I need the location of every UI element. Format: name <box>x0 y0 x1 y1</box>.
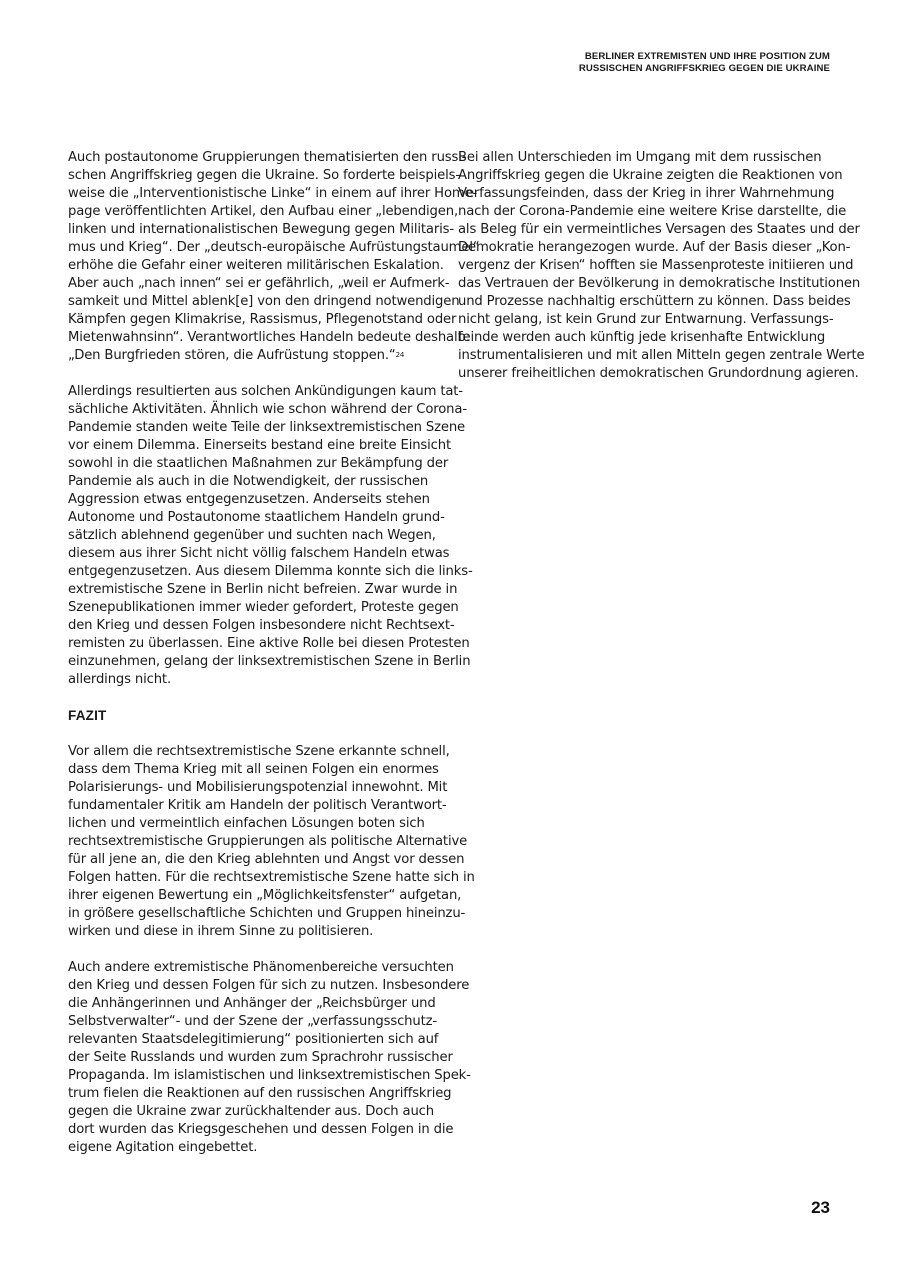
text-line: vor einem Dilemma. Einerseits bestand ei… <box>68 437 446 455</box>
text-line: das Vertrauen der Bevölkerung in demokra… <box>458 275 838 293</box>
paragraph-allerdings: Allerdings resultierten aus solchen Ankü… <box>68 383 446 689</box>
text-line: Aggression etwas entgegenzusetzen. Ander… <box>68 491 446 509</box>
running-header-line: BERLINER EXTREMISTEN UND IHRE POSITION Z… <box>579 51 830 63</box>
text-line: dort wurden das Kriegsgeschehen und dess… <box>68 1121 446 1139</box>
text-line: einzunehmen, gelang der linksextremistis… <box>68 653 446 671</box>
text-line: trum fielen die Reaktionen auf den russi… <box>68 1085 446 1103</box>
text-line: Angriffskrieg gegen die Ukraine zeigten … <box>458 167 838 185</box>
text-line: erhöhe die Gefahr einer weiteren militär… <box>68 257 446 275</box>
text-line: allerdings nicht. <box>68 671 446 689</box>
text-line: instrumentalisieren und mit allen Mittel… <box>458 347 838 365</box>
text-line: vergenz der Krisen“ hofften sie Massenpr… <box>458 257 838 275</box>
text-line: sätzlich ablehnend gegenüber und suchten… <box>68 527 446 545</box>
text-line: entgegenzusetzen. Aus diesem Dilemma kon… <box>68 563 446 581</box>
text-line: schen Angriffskrieg gegen die Ukraine. S… <box>68 167 446 185</box>
text-line-with-footnote: „Den Burgfrieden stören, die Aufrüstung … <box>68 347 446 365</box>
text-line: rechtsextremistische Gruppierungen als p… <box>68 833 446 851</box>
text-line: nicht gelang, ist kein Grund zur Entwarn… <box>458 311 838 329</box>
text-line: sächliche Aktivitäten. Ähnlich wie schon… <box>68 401 446 419</box>
text-line: Autonome und Postautonome staatlichem Ha… <box>68 509 446 527</box>
text-line: extremistische Szene in Berlin nicht bef… <box>68 581 446 599</box>
text-line: page veröffentlichten Artikel, den Aufba… <box>68 203 446 221</box>
paragraph-postautonome: Auch postautonome Gruppierungen thematis… <box>68 149 446 365</box>
text-line: Allerdings resultierten aus solchen Ankü… <box>68 383 446 401</box>
text-line: Vor allem die rechtsextremistische Szene… <box>68 743 446 761</box>
running-header-line: RUSSISCHEN ANGRIFFSKRIEG GEGEN DIE UKRAI… <box>579 63 830 75</box>
text-line: Pandemie als auch in die Notwendigkeit, … <box>68 473 446 491</box>
text-line: sowohl in die staatlichen Maßnahmen zur … <box>68 455 446 473</box>
text-line: dass dem Thema Krieg mit all seinen Folg… <box>68 761 446 779</box>
text-line: samkeit und Mittel ablenk[e] von den dri… <box>68 293 446 311</box>
footnote-reference[interactable]: 24 <box>396 351 405 359</box>
text-line: weise die „Interventionistische Linke“ i… <box>68 185 446 203</box>
text-line: Propaganda. Im islamistischen und linkse… <box>68 1067 446 1085</box>
text-line: diesem aus ihrer Sicht nicht völlig fals… <box>68 545 446 563</box>
paragraph-verfassungsfeinde: Bei allen Unterschieden im Umgang mit de… <box>458 149 838 383</box>
text-line: den Krieg und dessen Folgen für sich zu … <box>68 977 446 995</box>
text-line: Verfassungsfeinden, dass der Krieg in ih… <box>458 185 838 203</box>
text-line: Szenepublikationen immer wieder geforder… <box>68 599 446 617</box>
text-line: fundamentaler Kritik am Handeln der poli… <box>68 797 446 815</box>
text-line: die Anhängerinnen und Anhänger der „Reic… <box>68 995 446 1013</box>
text-line: Auch postautonome Gruppierungen thematis… <box>68 149 446 167</box>
text-line: unserer freiheitlichen demokratischen Gr… <box>458 365 838 383</box>
text-line: Polarisierungs- und Mobilisierungspotenz… <box>68 779 446 797</box>
running-header: BERLINER EXTREMISTEN UND IHRE POSITION Z… <box>579 51 830 75</box>
text-line: Folgen hatten. Für die rechtsextremistis… <box>68 869 446 887</box>
text-line: nach der Corona-Pandemie eine weitere Kr… <box>458 203 838 221</box>
text-line: Aber auch „nach innen“ sei er gefährlich… <box>68 275 446 293</box>
text-line: Mietenwahnsinn“. Verantwortliches Handel… <box>68 329 446 347</box>
text-line: in größere gesellschaftliche Schichten u… <box>68 905 446 923</box>
text-line: linken und internationalistischen Bewegu… <box>68 221 446 239</box>
text-line: relevanten Staatsdelegitimierung“ positi… <box>68 1031 446 1049</box>
text-line: feinde werden auch künftig jede krisenha… <box>458 329 838 347</box>
text-line: Kämpfen gegen Klimakrise, Rassismus, Pfl… <box>68 311 446 329</box>
page-number: 23 <box>811 1198 830 1218</box>
quote-text: „Den Burgfrieden stören, die Aufrüstung … <box>68 348 396 363</box>
text-line: gegen die Ukraine zwar zurückhaltender a… <box>68 1103 446 1121</box>
text-line: remisten zu überlassen. Eine aktive Roll… <box>68 635 446 653</box>
text-line: Bei allen Unterschieden im Umgang mit de… <box>458 149 838 167</box>
text-line: der Seite Russlands und wurden zum Sprac… <box>68 1049 446 1067</box>
text-line: als Beleg für ein vermeintliches Versage… <box>458 221 838 239</box>
text-line: lichen und vermeintlich einfachen Lösung… <box>68 815 446 833</box>
text-line: mus und Krieg“. Der „deutsch-europäische… <box>68 239 446 257</box>
text-line: ihrer eigenen Bewertung ein „Möglichkeit… <box>68 887 446 905</box>
left-column: Auch postautonome Gruppierungen thematis… <box>68 149 446 1175</box>
text-line: und Prozesse nachhaltig erschüttern zu k… <box>458 293 838 311</box>
right-column: Bei allen Unterschieden im Umgang mit de… <box>458 149 838 401</box>
text-line: Auch andere extremistische Phänomenberei… <box>68 959 446 977</box>
text-line: Demokratie herangezogen wurde. Auf der B… <box>458 239 838 257</box>
paragraph-andere-phaenomene: Auch andere extremistische Phänomenberei… <box>68 959 446 1157</box>
section-heading-fazit: FAZIT <box>68 707 446 725</box>
text-line: für all jene an, die den Krieg ablehnten… <box>68 851 446 869</box>
paragraph-fazit-rechts: Vor allem die rechtsextremistische Szene… <box>68 743 446 941</box>
text-line: wirken und diese in ihrem Sinne zu polit… <box>68 923 446 941</box>
text-line: Selbstverwalter“- und der Szene der „ver… <box>68 1013 446 1031</box>
text-line: eigene Agitation eingebettet. <box>68 1139 446 1157</box>
text-line: den Krieg und dessen Folgen insbesondere… <box>68 617 446 635</box>
text-line: Pandemie standen weite Teile der linksex… <box>68 419 446 437</box>
